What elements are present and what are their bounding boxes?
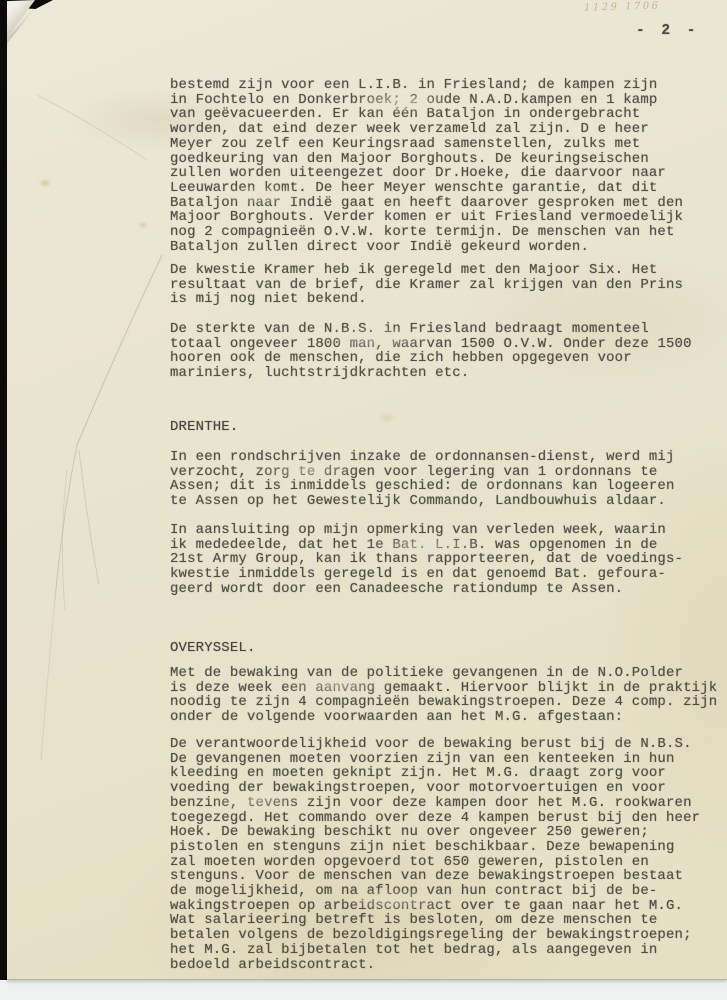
film-edge-left — [0, 0, 7, 980]
heading-overyssel: OVERYSSEL. — [170, 641, 727, 656]
paragraph-21st-army-group: In aansluiting op mijn opmerking van ver… — [170, 523, 727, 597]
paragraph-kwestie-kramer: De kwestie Kramer heb ik geregeld met de… — [170, 263, 727, 307]
paragraph-voorwaarden-mg: De verantwoordelijkheid voor de bewaking… — [170, 737, 727, 972]
paragraph-ordonnansen: In een rondschrijven inzake de ordonnans… — [170, 450, 727, 509]
page-number: - 2 - — [636, 23, 700, 39]
scanned-document: 1129 1706 - 2 - bestemd zijn voor een L.… — [0, 0, 727, 1000]
paragraph-sterkte-nbs: De sterkte van de N.B.S. in Friesland be… — [170, 322, 727, 381]
document-page: 1129 1706 - 2 - bestemd zijn voor een L.… — [7, 0, 727, 980]
heading-drenthe: DRENTHE. — [170, 420, 727, 435]
paragraph-friesland-camps: bestemd zijn voor een L.I.B. in Frieslan… — [170, 78, 727, 254]
paragraph-bewaking-polder: Met de bewaking van de politieke gevange… — [170, 666, 727, 725]
pencil-annotation: 1129 1706 — [584, 0, 704, 14]
